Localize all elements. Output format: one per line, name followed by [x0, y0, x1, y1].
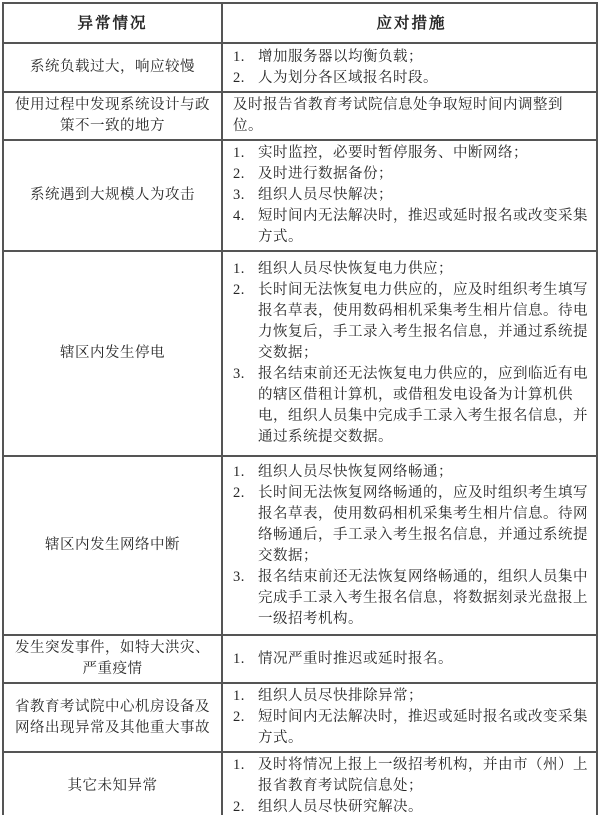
measures-cell: 1.及时将情况上报上一级招考机构，并由市（州）上报省教育考试院信息处；2.组织人…	[223, 753, 596, 815]
item-text: 及时报告省教育考试院信息处争取短时间内调整到位。	[233, 97, 563, 134]
situation-cell: 发生突发事件，如特大洪灾、严重疫情	[4, 636, 223, 682]
item-text: 报名结束前还无法恢复电力供应的，应到临近有电的辖区借租计算机，或借租发电设备为计…	[258, 366, 588, 445]
measures-cell: 1.组织人员尽快恢复电力供应；2.长时间无法恢复电力供应的，应及时组织考生填写报…	[223, 252, 596, 455]
item-number: 1.	[233, 462, 245, 483]
item-text: 人为划分各区域报名时段。	[258, 70, 438, 86]
measure-item: 2.长时间无法恢复网络畅通的，应及时组织考生填写报名草表，使用数码相机采集考生相…	[233, 483, 590, 567]
item-number: 1.	[233, 649, 245, 670]
measures-cell: 1.组织人员尽快恢复网络畅通；2.长时间无法恢复网络畅通的，应及时组织考生填写报…	[223, 457, 596, 634]
situation-cell: 系统负载过大，响应较慢	[4, 44, 223, 91]
item-number: 4.	[233, 206, 245, 227]
table-row: 使用过程中发现系统设计与政策不一致的地方及时报告省教育考试院信息处争取短时间内调…	[4, 91, 596, 139]
item-text: 短时间内无法解决时，推迟或延时报名或改变采集方式。	[258, 208, 588, 245]
measure-item: 2.组织人员尽快研究解决。	[233, 797, 590, 815]
item-number: 2.	[233, 707, 245, 728]
measure-item: 4.短时间内无法解决时，推迟或延时报名或改变采集方式。	[233, 206, 590, 248]
situation-text: 省教育考试院中心机房设备及网络出现异常及其他重大事故	[12, 697, 213, 739]
situation-text: 辖区内发生网络中断	[45, 535, 180, 556]
item-text: 增加服务器以均衡负载；	[258, 49, 423, 65]
item-number: 3.	[233, 567, 245, 588]
situation-text: 使用过程中发现系统设计与政策不一致的地方	[12, 95, 213, 137]
header-measures: 应对措施	[223, 4, 596, 42]
situation-text: 发生突发事件，如特大洪灾、严重疫情	[12, 638, 213, 680]
item-number: 3.	[233, 364, 245, 385]
table-row: 辖区内发生停电1.组织人员尽快恢复电力供应；2.长时间无法恢复电力供应的，应及时…	[4, 250, 596, 455]
item-number: 1.	[233, 686, 245, 707]
measures-cell: 及时报告省教育考试院信息处争取短时间内调整到位。	[223, 93, 596, 139]
measure-item: 3.报名结束前还无法恢复网络畅通的，组织人员集中完成手工录入考生报名信息，将数据…	[233, 567, 590, 630]
item-text: 实时监控，必要时暂停服务、中断网络；	[258, 145, 528, 161]
measure-item: 1.组织人员尽快恢复网络畅通；	[233, 462, 590, 483]
item-number: 2.	[233, 68, 245, 89]
item-text: 情况严重时推迟或延时报名。	[258, 651, 453, 667]
situation-cell: 系统遇到大规模人为攻击	[4, 141, 223, 250]
measure-item: 1.情况严重时推迟或延时报名。	[233, 649, 590, 670]
measure-item: 及时报告省教育考试院信息处争取短时间内调整到位。	[233, 95, 590, 137]
table-row: 省教育考试院中心机房设备及网络出现异常及其他重大事故1.组织人员尽快排除异常；2…	[4, 682, 596, 751]
item-number: 2.	[233, 483, 245, 504]
item-text: 组织人员尽快恢复网络畅通；	[258, 464, 453, 480]
situation-cell: 辖区内发生网络中断	[4, 457, 223, 634]
situation-cell: 使用过程中发现系统设计与政策不一致的地方	[4, 93, 223, 139]
measures-cell: 1.增加服务器以均衡负载；2.人为划分各区域报名时段。	[223, 44, 596, 91]
item-text: 及时进行数据备份；	[258, 166, 393, 182]
item-number: 1.	[233, 143, 245, 164]
measure-item: 2.及时进行数据备份；	[233, 164, 590, 185]
measure-item: 1.实时监控，必要时暂停服务、中断网络；	[233, 143, 590, 164]
situation-cell: 省教育考试院中心机房设备及网络出现异常及其他重大事故	[4, 684, 223, 751]
item-number: 2.	[233, 797, 245, 815]
measure-item: 2.人为划分各区域报名时段。	[233, 68, 590, 89]
table-row: 系统遇到大规模人为攻击1.实时监控，必要时暂停服务、中断网络；2.及时进行数据备…	[4, 139, 596, 250]
measure-item: 1.增加服务器以均衡负载；	[233, 47, 590, 68]
table-row: 辖区内发生网络中断1.组织人员尽快恢复网络畅通；2.长时间无法恢复网络畅通的，应…	[4, 455, 596, 634]
measures-cell: 1.情况严重时推迟或延时报名。	[223, 636, 596, 682]
item-text: 组织人员尽快排除异常；	[258, 688, 423, 704]
item-text: 及时将情况上报上一级招考机构，并由市（州）上报省教育考试院信息处；	[258, 757, 588, 794]
measure-item: 3.报名结束前还无法恢复电力供应的，应到临近有电的辖区借租计算机，或借租发电设备…	[233, 364, 590, 448]
situation-cell: 辖区内发生停电	[4, 252, 223, 455]
item-number: 1.	[233, 755, 245, 776]
table-header-row: 异常情况 应对措施	[4, 4, 596, 42]
table-row: 其它未知异常1.及时将情况上报上一级招考机构，并由市（州）上报省教育考试院信息处…	[4, 751, 596, 815]
measure-item: 1.及时将情况上报上一级招考机构，并由市（州）上报省教育考试院信息处；	[233, 755, 590, 797]
table-row: 发生突发事件，如特大洪灾、严重疫情1.情况严重时推迟或延时报名。	[4, 634, 596, 682]
item-text: 组织人员尽快研究解决。	[258, 799, 423, 815]
measure-item: 3.组织人员尽快解决；	[233, 185, 590, 206]
situation-text: 系统负载过大，响应较慢	[30, 57, 195, 78]
measures-cell: 1.组织人员尽快排除异常；2.短时间内无法解决时，推迟或延时报名或改变采集方式。	[223, 684, 596, 751]
item-text: 长时间无法恢复网络畅通的，应及时组织考生填写报名草表，使用数码相机采集考生相片信…	[258, 485, 588, 564]
item-text: 短时间内无法解决时，推迟或延时报名或改变采集方式。	[258, 709, 588, 746]
item-number: 2.	[233, 164, 245, 185]
situation-text: 系统遇到大规模人为攻击	[30, 185, 195, 206]
measure-item: 1.组织人员尽快恢复电力供应；	[233, 259, 590, 280]
item-number: 3.	[233, 185, 245, 206]
header-situation: 异常情况	[4, 4, 223, 42]
situation-cell: 其它未知异常	[4, 753, 223, 815]
table-row: 系统负载过大，响应较慢1.增加服务器以均衡负载；2.人为划分各区域报名时段。	[4, 42, 596, 91]
item-text: 组织人员尽快恢复电力供应；	[258, 261, 453, 277]
measure-item: 2.短时间内无法解决时，推迟或延时报名或改变采集方式。	[233, 707, 590, 749]
contingency-table: 异常情况 应对措施 系统负载过大，响应较慢1.增加服务器以均衡负载；2.人为划分…	[2, 2, 598, 815]
measure-item: 1.组织人员尽快排除异常；	[233, 686, 590, 707]
measures-cell: 1.实时监控，必要时暂停服务、中断网络；2.及时进行数据备份；3.组织人员尽快解…	[223, 141, 596, 250]
situation-text: 辖区内发生停电	[60, 343, 165, 364]
item-number: 2.	[233, 280, 245, 301]
item-text: 长时间无法恢复电力供应的，应及时组织考生填写报名草表，使用数码相机采集考生相片信…	[258, 282, 588, 361]
item-number: 1.	[233, 259, 245, 280]
item-text: 报名结束前还无法恢复网络畅通的，组织人员集中完成手工录入考生报名信息，将数据刻录…	[258, 569, 588, 627]
item-text: 组织人员尽快解决；	[258, 187, 393, 203]
situation-text: 其它未知异常	[68, 776, 158, 797]
measure-item: 2.长时间无法恢复电力供应的，应及时组织考生填写报名草表，使用数码相机采集考生相…	[233, 280, 590, 364]
item-number: 1.	[233, 47, 245, 68]
